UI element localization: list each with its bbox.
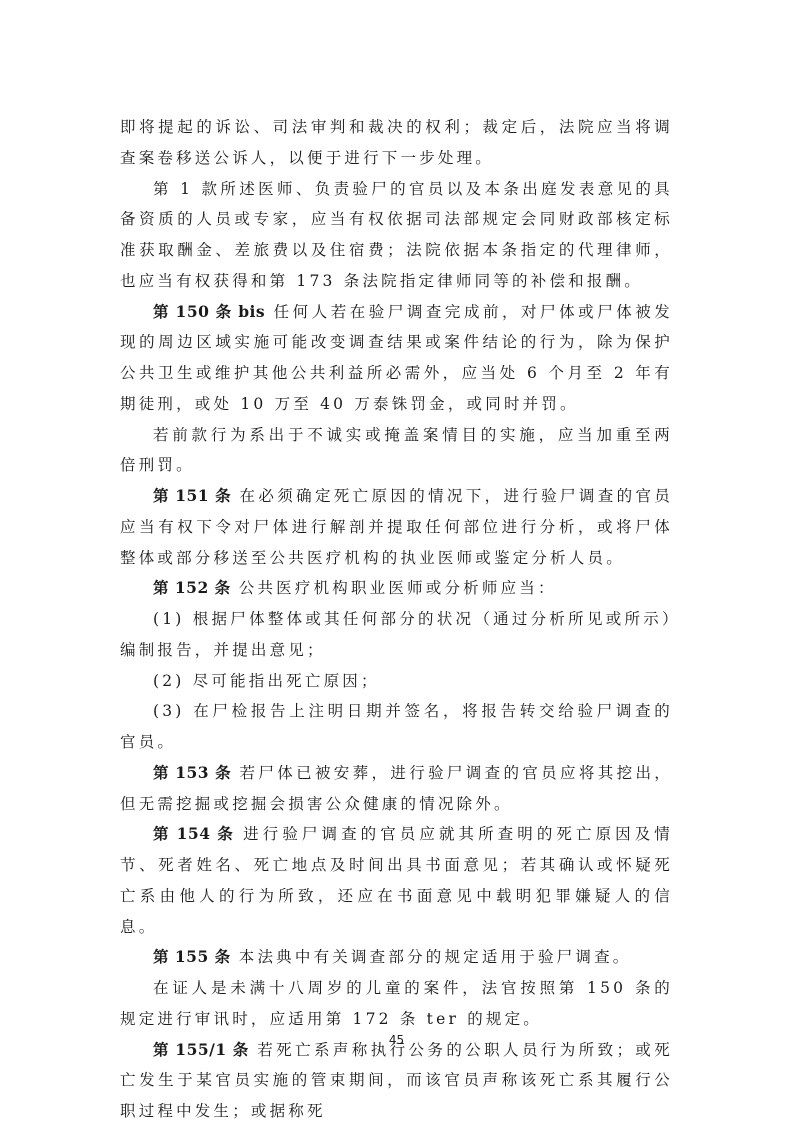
paragraph-text: 第 1 款所述医师、负责验尸的官员以及本条出庭发表意见的具备资质的人员或专家，应… — [120, 180, 673, 290]
article-150-bis: 第 150 条 bis 任何人若在验尸调查完成前，对尸体或尸体被发现的周边区域实… — [120, 297, 673, 420]
paragraph-clause: 第 1 款所述医师、负责验尸的官员以及本条出庭发表意见的具备资质的人员或专家，应… — [120, 174, 673, 297]
paragraph-clause: 若前款行为系出于不诚实或掩盖案情目的实施，应当加重至两倍刑罚。 — [120, 420, 673, 482]
article-heading: 第 155 条 — [153, 947, 231, 966]
paragraph-text: 即将提起的诉讼、司法审判和裁决的权利；裁定后，法院应当将调查案卷移送公诉人，以便… — [120, 118, 673, 167]
article-153: 第 153 条 若尸体已被安葬，进行验尸调查的官员应将其挖出，但无需挖掘或挖掘会… — [120, 758, 673, 820]
paragraph-text: (3) 在尸检报告上注明日期并签名，将报告转交给验尸调查的官员。 — [120, 702, 673, 751]
list-item: (3) 在尸检报告上注明日期并签名，将报告转交给验尸调查的官员。 — [120, 696, 673, 758]
article-155: 第 155 条 本法典中有关调查部分的规定适用于验尸调查。 — [120, 942, 673, 973]
document-page-body: 即将提起的诉讼、司法审判和裁决的权利；裁定后，法院应当将调查案卷移送公诉人，以便… — [120, 112, 673, 1122]
article-151: 第 151 条 在必须确定死亡原因的情况下，进行验尸调查的官员应当有权下令对尸体… — [120, 481, 673, 573]
paragraph-text: 若前款行为系出于不诚实或掩盖案情目的实施，应当加重至两倍刑罚。 — [120, 426, 673, 475]
article-heading: 第 152 条 — [153, 578, 231, 597]
article-heading: 第 154 条 — [153, 824, 234, 843]
article-heading: 第 150 条 bis — [153, 302, 265, 321]
paragraph-text: (2) 尽可能指出死亡原因； — [153, 672, 380, 690]
paragraph-continuation: 即将提起的诉讼、司法审判和裁决的权利；裁定后，法院应当将调查案卷移送公诉人，以便… — [120, 112, 673, 174]
article-154: 第 154 条 进行验尸调查的官员应就其所查明的死亡原因及情节、死者姓名、死亡地… — [120, 819, 673, 942]
article-155-1: 第 155/1 条 若死亡系声称执行公务的公职人员行为所致；或死亡发生于某官员实… — [120, 1035, 673, 1122]
paragraph-text: (1) 根据尸体整体或其任何部分的状况（通过分析所见或所示）编制报告，并提出意见… — [120, 610, 673, 659]
list-item: (1) 根据尸体整体或其任何部分的状况（通过分析所见或所示）编制报告，并提出意见… — [120, 604, 673, 666]
list-item: (2) 尽可能指出死亡原因； — [120, 666, 673, 697]
paragraph-text: 公共医疗机构职业医师或分析师应当： — [231, 579, 557, 597]
paragraph-text: 本法典中有关调查部分的规定适用于验尸调查。 — [231, 948, 632, 966]
article-heading: 第 151 条 — [153, 486, 231, 505]
article-heading: 第 153 条 — [153, 763, 231, 782]
page-number: 45 — [0, 1033, 793, 1047]
paragraph-clause: 在证人是未满十八周岁的儿童的案件，法官按照第 150 条的规定进行审讯时，应适用… — [120, 973, 673, 1035]
paragraph-text: 在证人是未满十八周岁的儿童的案件，法官按照第 150 条的规定进行审讯时，应适用… — [120, 979, 673, 1028]
article-152: 第 152 条 公共医疗机构职业医师或分析师应当： — [120, 573, 673, 604]
